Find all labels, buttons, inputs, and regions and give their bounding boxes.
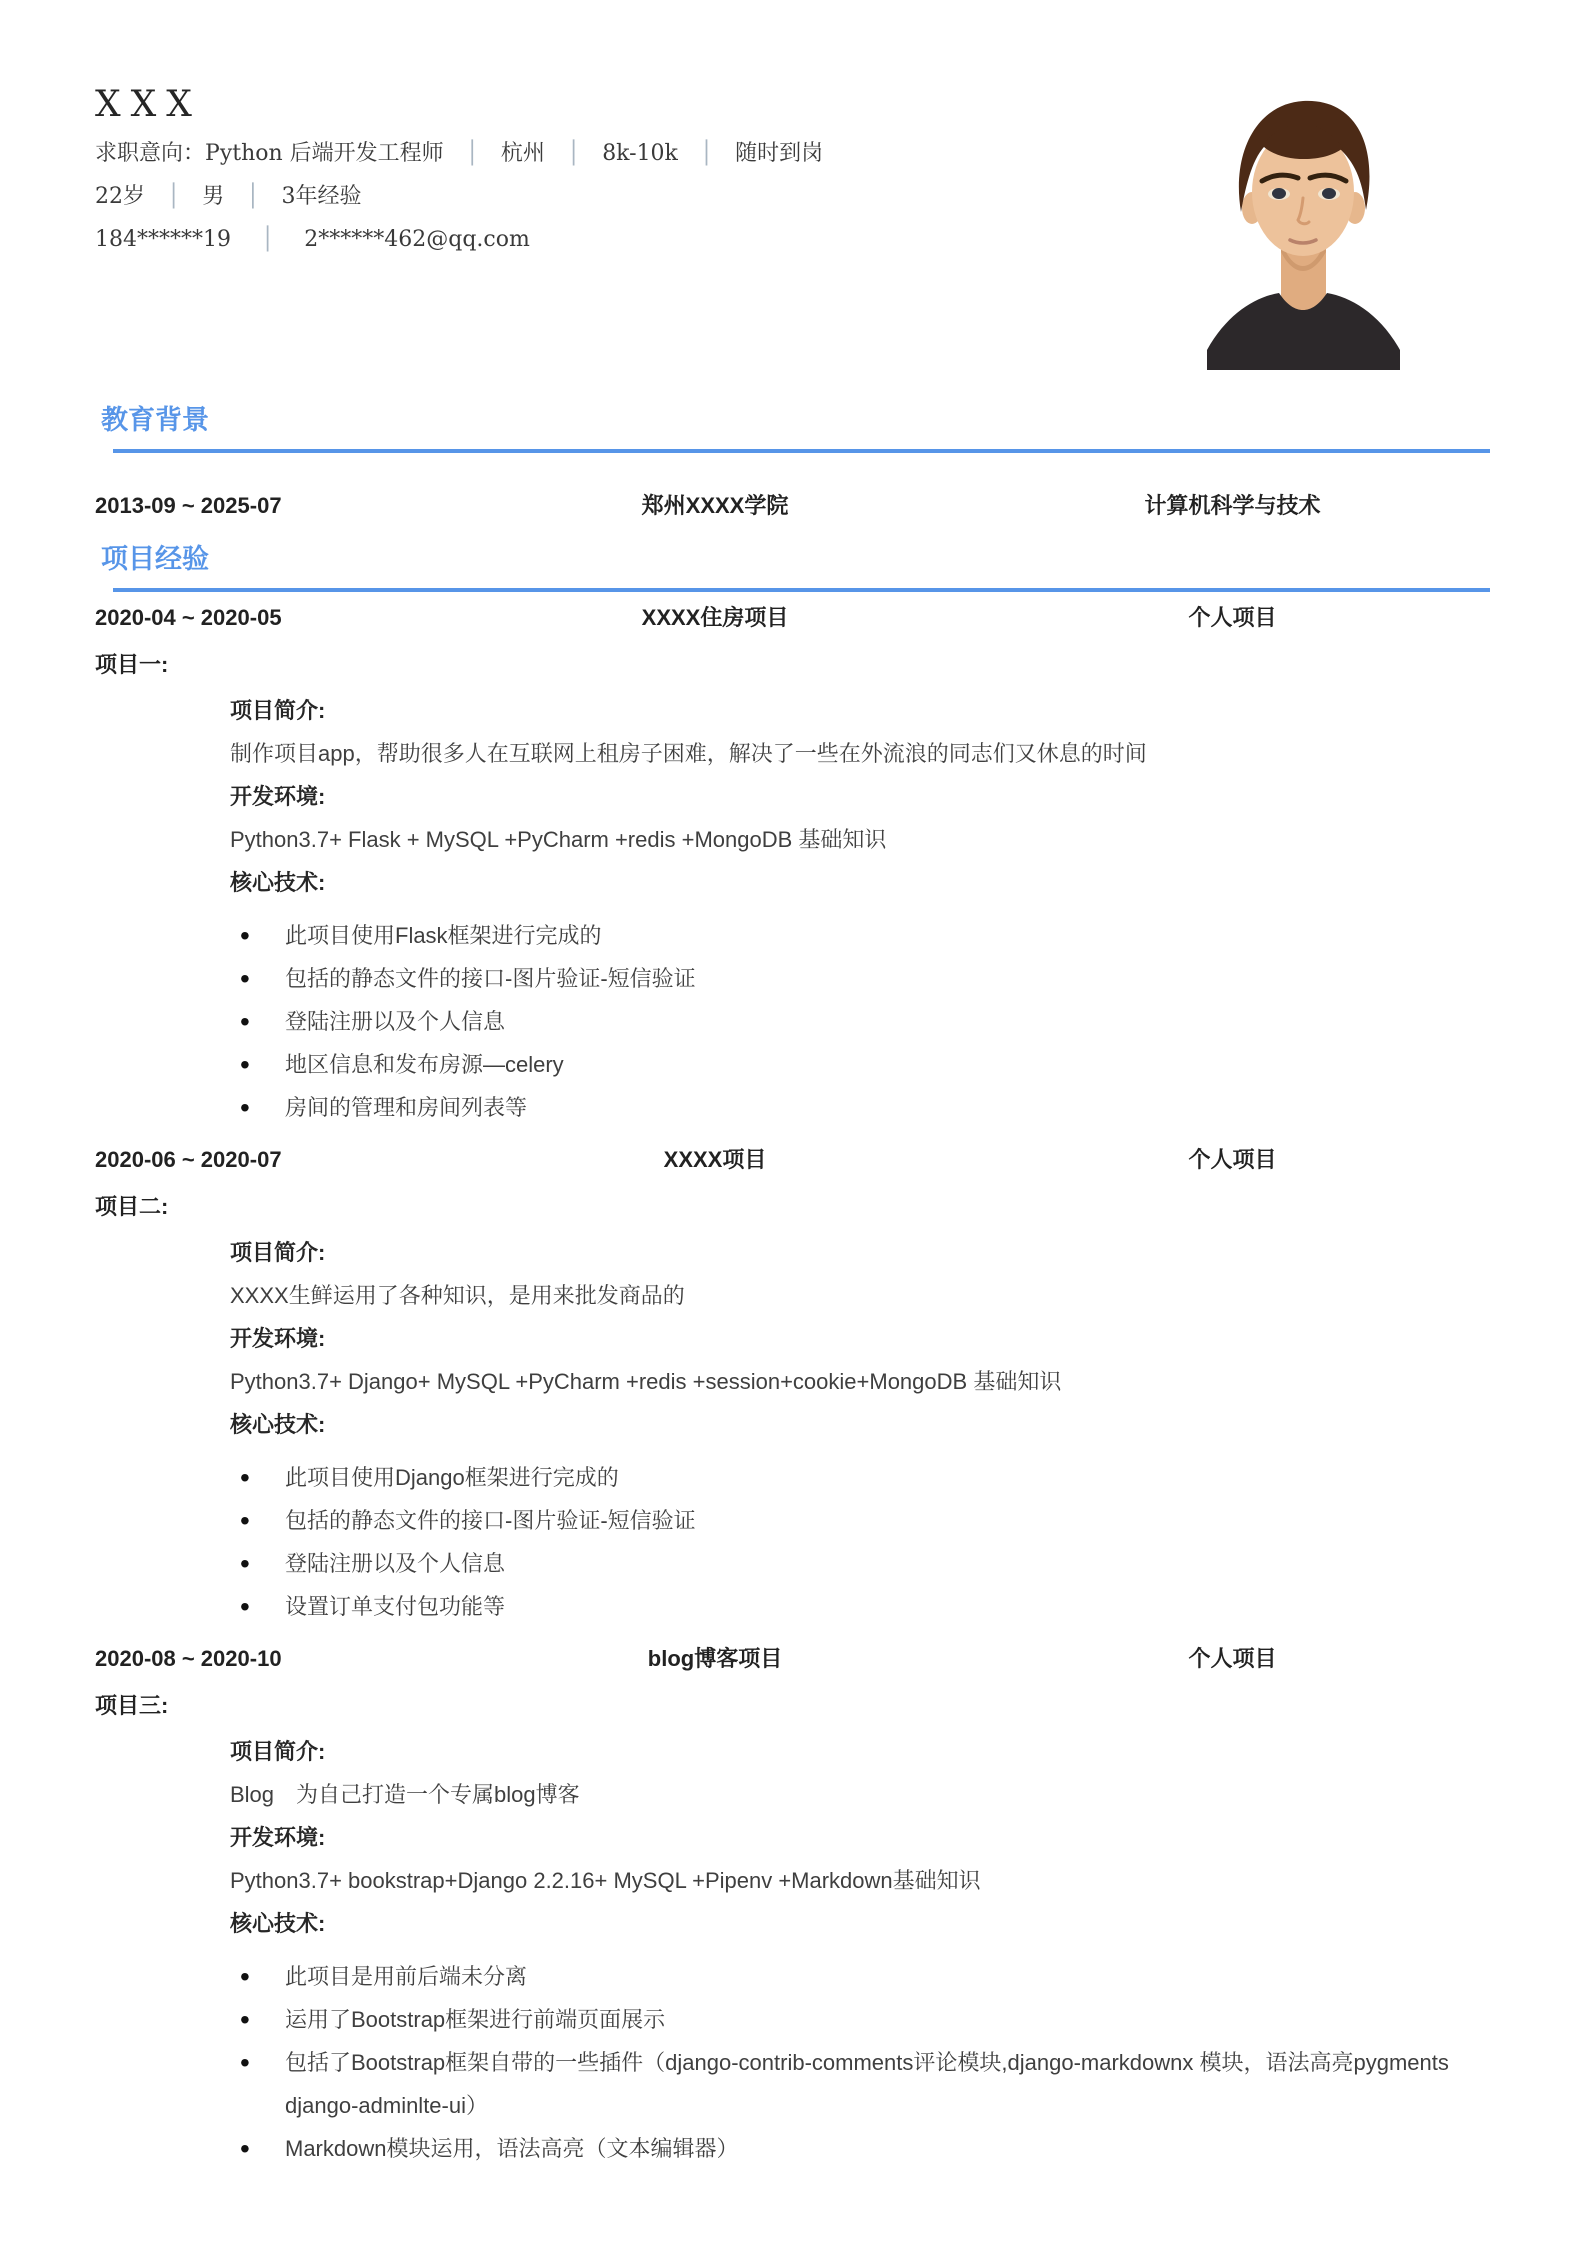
education-section-title: 教育背景 xyxy=(95,405,1490,436)
project-name: XXXX项目 xyxy=(455,1147,975,1173)
separator-bar: │ xyxy=(444,141,501,166)
bullet-item: 地区信息和发布房源—celery xyxy=(230,1043,1490,1086)
separator-bar: │ xyxy=(224,184,281,209)
avatar xyxy=(1207,90,1400,370)
projects-section: 项目经验 2020-04 ~ 2020-05 XXXX住房项目 个人项目 项目一… xyxy=(95,544,1490,2170)
project-name: blog博客项目 xyxy=(455,1646,975,1672)
project-row: 2020-06 ~ 2020-07 XXXX项目 个人项目 xyxy=(95,1147,1490,1173)
project-period: 2020-08 ~ 2020-10 xyxy=(95,1646,455,1672)
project-heading: 项目二: xyxy=(95,1194,1490,1220)
section-divider xyxy=(113,588,1490,592)
bullet-item: 包括的静态文件的接口-图片验证-短信验证 xyxy=(230,1499,1490,1542)
project-period: 2020-06 ~ 2020-07 xyxy=(95,1147,455,1173)
bullet-item: 包括的静态文件的接口-图片验证-短信验证 xyxy=(230,957,1490,1000)
separator-bar: │ xyxy=(145,184,202,209)
tech-bullet-list: 此项目是用前后端未分离 运用了Bootstrap框架进行前端页面展示 包括了Bo… xyxy=(230,1955,1490,2170)
profile-age: 22岁 xyxy=(95,184,145,209)
bullet-item: 房间的管理和房间列表等 xyxy=(230,1086,1490,1129)
projects-section-title: 项目经验 xyxy=(95,544,1490,575)
project-details: 项目简介: XXXX生鲜运用了各种知识，是用来批发商品的 开发环境: Pytho… xyxy=(230,1241,1490,1628)
env-label: 开发环境: xyxy=(230,1826,1490,1850)
project-details: 项目简介: Blog 为自己打造一个专属blog博客 开发环境: Python3… xyxy=(230,1740,1490,2170)
project-type: 个人项目 xyxy=(975,1646,1490,1672)
contact-email: 2******462@qq.com xyxy=(304,227,530,252)
project-row: 2020-04 ~ 2020-05 XXXX住房项目 个人项目 xyxy=(95,605,1490,631)
project-heading: 项目一: xyxy=(95,652,1490,678)
tech-label: 核心技术: xyxy=(230,871,1490,895)
tech-label: 核心技术: xyxy=(230,1912,1490,1936)
bullet-item: 运用了Bootstrap框架进行前端页面展示 xyxy=(230,1998,1490,2041)
bullet-item: 此项目使用Django框架进行完成的 xyxy=(230,1456,1490,1499)
tech-bullet-list: 此项目使用Django框架进行完成的 包括的静态文件的接口-图片验证-短信验证 … xyxy=(230,1456,1490,1628)
tech-bullet-list: 此项目使用Flask框架进行完成的 包括的静态文件的接口-图片验证-短信验证 登… xyxy=(230,914,1490,1129)
intro-label: 项目简介: xyxy=(230,1740,1490,1764)
tech-label: 核心技术: xyxy=(230,1413,1490,1437)
bullet-item: 设置订单支付包功能等 xyxy=(230,1585,1490,1628)
project-type: 个人项目 xyxy=(975,605,1490,631)
education-row: 2013-09 ~ 2025-07 郑州XXXX学院 计算机科学与技术 xyxy=(95,493,1490,519)
project-details: 项目简介: 制作项目app，帮助很多人在互联网上租房子困难，解决了一些在外流浪的… xyxy=(230,699,1490,1129)
project-item-3: 2020-08 ~ 2020-10 blog博客项目 个人项目 项目三: 项目简… xyxy=(95,1646,1490,2170)
separator-bar: │ xyxy=(231,227,304,252)
project-period: 2020-04 ~ 2020-05 xyxy=(95,605,455,631)
project-intro: XXXX生鲜运用了各种知识，是用来批发商品的 xyxy=(230,1284,1490,1308)
intent-salary: 8k-10k xyxy=(602,141,678,166)
separator-bar: │ xyxy=(545,141,602,166)
project-row: 2020-08 ~ 2020-10 blog博客项目 个人项目 xyxy=(95,1646,1490,1672)
project-name: XXXX住房项目 xyxy=(455,605,975,631)
intro-label: 项目简介: xyxy=(230,699,1490,723)
profile-gender: 男 xyxy=(202,184,224,209)
profile-experience: 3年经验 xyxy=(282,184,362,209)
bullet-item: 登陆注册以及个人信息 xyxy=(230,1542,1490,1585)
project-env: Python3.7+ Django+ MySQL +PyCharm +redis… xyxy=(230,1370,1490,1394)
bullet-item: 此项目使用Flask框架进行完成的 xyxy=(230,914,1490,957)
education-school: 郑州XXXX学院 xyxy=(455,493,975,519)
env-label: 开发环境: xyxy=(230,1327,1490,1351)
intent-city: 杭州 xyxy=(501,141,545,166)
education-major: 计算机科学与技术 xyxy=(975,493,1490,519)
contact-phone: 184******19 xyxy=(95,227,231,252)
bullet-item: 此项目是用前后端未分离 xyxy=(230,1955,1490,1998)
separator-bar: │ xyxy=(678,141,735,166)
bullet-item: 登陆注册以及个人信息 xyxy=(230,1000,1490,1043)
project-item-2: 2020-06 ~ 2020-07 XXXX项目 个人项目 项目二: 项目简介:… xyxy=(95,1147,1490,1628)
project-heading: 项目三: xyxy=(95,1693,1490,1719)
project-env: Python3.7+ bookstrap+Django 2.2.16+ MySQ… xyxy=(230,1869,1490,1893)
bullet-item: 包括了Bootstrap框架自带的一些插件（django-contrib-com… xyxy=(230,2041,1490,2127)
project-intro: 制作项目app，帮助很多人在互联网上租房子困难，解决了一些在外流浪的同志们又休息… xyxy=(230,742,1490,766)
bullet-item: Markdown模块运用，语法高亮（文本编辑器） xyxy=(230,2127,1490,2170)
resume-page: XXX 求职意向：Python 后端开发工程师│杭州│8k-10k│随时到岗 2… xyxy=(0,0,1586,2170)
section-divider xyxy=(113,449,1490,453)
education-section: 教育背景 2013-09 ~ 2025-07 郑州XXXX学院 计算机科学与技术 xyxy=(95,405,1490,519)
env-label: 开发环境: xyxy=(230,785,1490,809)
education-period: 2013-09 ~ 2025-07 xyxy=(95,493,455,519)
intent-availability: 随时到岗 xyxy=(735,141,823,166)
project-type: 个人项目 xyxy=(975,1147,1490,1173)
intent-position: Python 后端开发工程师 xyxy=(205,141,444,166)
intro-label: 项目简介: xyxy=(230,1241,1490,1265)
project-env: Python3.7+ Flask + MySQL +PyCharm +redis… xyxy=(230,828,1490,852)
project-intro: Blog 为自己打造一个专属blog博客 xyxy=(230,1783,1490,1807)
intent-label: 求职意向： xyxy=(95,141,205,166)
project-item-1: 2020-04 ~ 2020-05 XXXX住房项目 个人项目 项目一: 项目简… xyxy=(95,605,1490,1129)
